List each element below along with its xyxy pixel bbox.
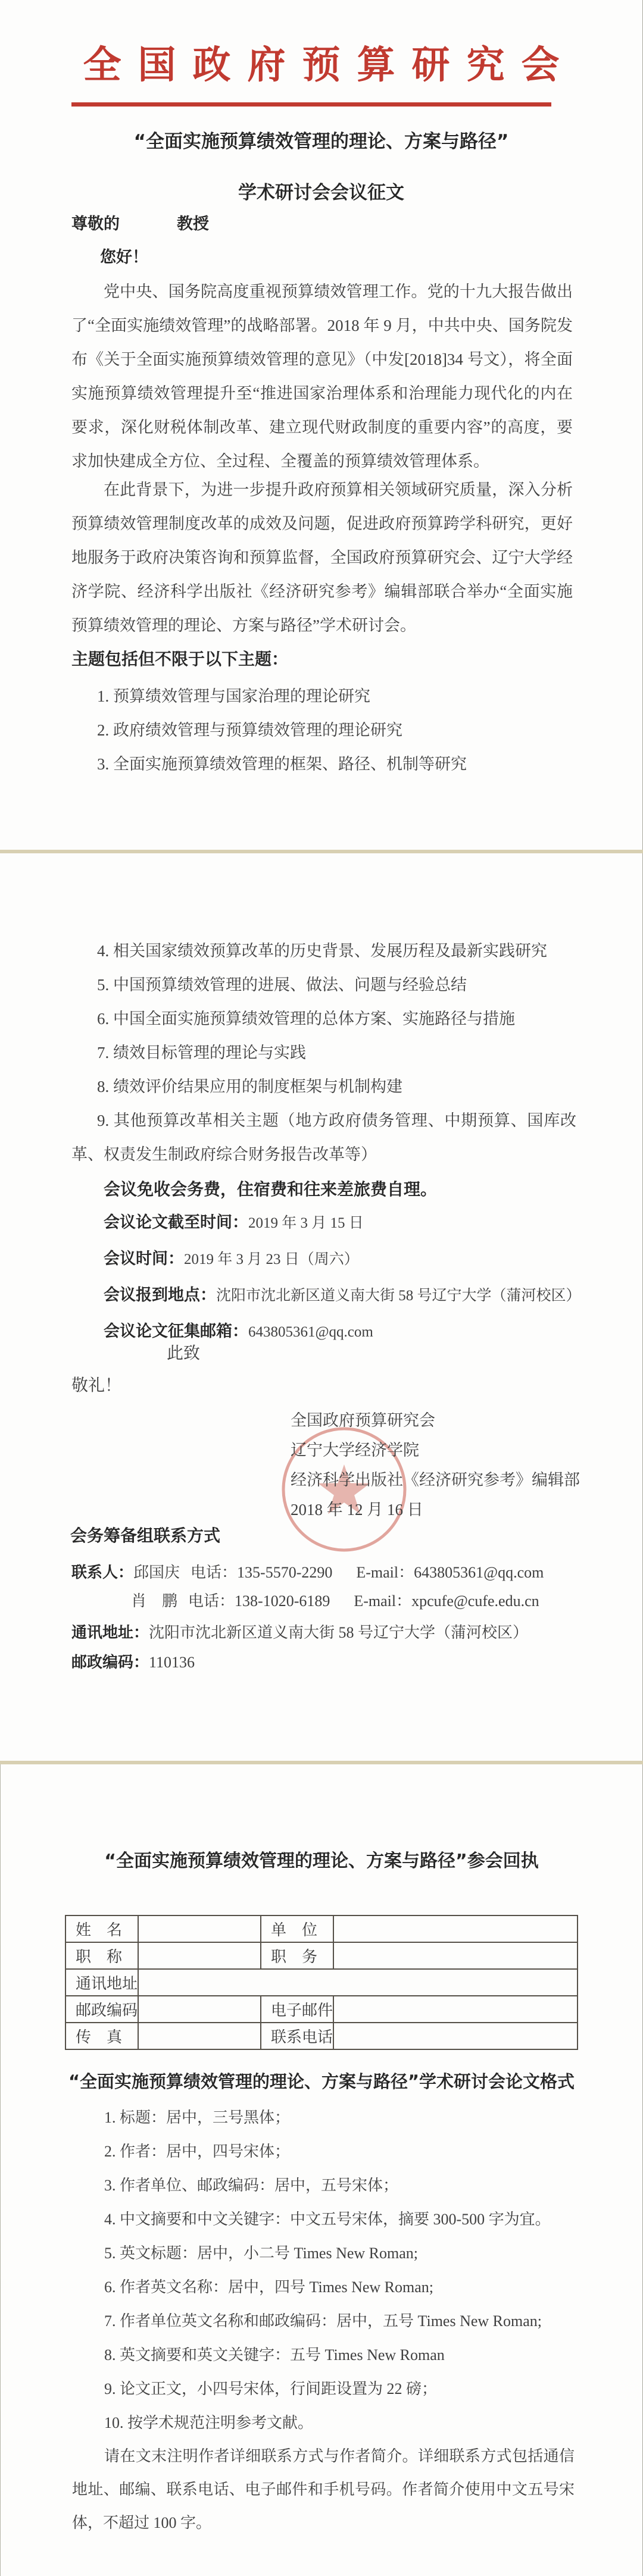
topic-item-1: 1. 预算绩效管理与国家治理的理论研究 [71, 680, 576, 713]
topic-list-2: 4. 相关国家绩效预算改革的历史背景、发展历程及最新实践研究 5. 中国预算绩效… [71, 934, 576, 1172]
format-item-4: 4. 中文摘要和中文关键字：中文五号宋体，摘要 300-500 字为宜。 [72, 2202, 578, 2236]
table-row: 职 称 职 务 [65, 1942, 578, 1969]
signature-org-3: 经济科学出版社《经济研究参考》编辑部 [291, 1465, 580, 1495]
contact1-phone-label: 电话： [191, 1564, 237, 1581]
signature-org-1: 全国政府预算研究会 [291, 1406, 580, 1435]
fax-field-label: 传 真 [65, 2023, 138, 2049]
signature-date: 2018 年 12 月 16 日 [291, 1495, 580, 1525]
topics-heading: 主题包括但不限于以下主题： [71, 646, 288, 672]
email-field-label: 电子邮件 [261, 1996, 333, 2023]
meeting-date-label: 会议时间： [104, 1250, 184, 1268]
signature-org-2: 辽宁大学经济学院 [291, 1435, 580, 1465]
phone-input-cell [333, 2023, 578, 2049]
postcode-label: 邮政编码： [71, 1654, 149, 1672]
topic-item-3: 3. 全面实施预算绩效管理的框架、路径、机制等研究 [71, 747, 576, 781]
reply-form-table: 姓 名 单 位 职 称 职 务 通讯地址 邮政编码 电子邮件 传 真 联系电话 [65, 1915, 578, 2050]
contact1-email: 643805361@qq.com [414, 1564, 544, 1581]
reply-form-page-3: “全面实施预算绩效管理的理论、方案与路径”参会回执 姓 名 单 位 职 称 职 … [0, 1764, 643, 2576]
topic-item-6: 6. 中国全面实施预算绩效管理的总体方案、实施路径与措施 [71, 1002, 576, 1036]
contact1-name: 邱国庆 [133, 1564, 180, 1581]
body-paragraph-2: 在此背景下，为进一步提升政府预算相关领域研究质量，深入分析预算绩效管理制度改革的… [71, 473, 573, 643]
name-input-cell [138, 1915, 261, 1942]
address-field-label: 通讯地址 [65, 1969, 138, 1996]
mailing-address-line: 通讯地址：沈阳市沈北新区道义南大街 58 号辽宁大学（蒲河校区） [71, 1616, 619, 1649]
contact-heading: 会务筹备组联系方式 [70, 1522, 220, 1550]
postcode-value: 110136 [149, 1654, 195, 1671]
greeting-line: 您好！ [100, 248, 148, 268]
paper-format-list: 1. 标题：居中，三号黑体； 2. 作者：居中，四号宋体； 3. 作者单位、邮政… [72, 2101, 578, 2440]
postcode-field-label: 邮政编码 [65, 1996, 138, 2023]
unit-input-cell [333, 1915, 578, 1942]
fax-input-cell [138, 2023, 261, 2049]
contact-person-label: 联系人： [71, 1564, 133, 1582]
contact2-name: 肖 鹏 [131, 1592, 177, 1610]
format-item-10: 10. 按学术规范注明参考文献。 [72, 2406, 578, 2440]
topic-item-2: 2. 政府绩效管理与预算绩效管理的理论研究 [71, 713, 576, 747]
format-item-7: 7. 作者单位英文名称和邮政编码：居中，五号 Times New Roman; [72, 2304, 578, 2338]
email-input-cell [333, 1996, 578, 2023]
meeting-location-label: 会议报到地点： [104, 1286, 216, 1304]
salutation-suffix: 教授 [177, 215, 209, 233]
meeting-location-value: 沈阳市沈北新区道义南大街 58 号辽宁大学（蒲河校区） [216, 1288, 581, 1304]
table-row: 邮政编码 电子邮件 [65, 1996, 578, 2023]
mailing-address-value: 沈阳市沈北新区道义南大街 58 号辽宁大学（蒲河校区） [149, 1624, 528, 1641]
contact1-email-label: E-mail： [356, 1564, 414, 1581]
mailing-address-label: 通讯地址： [71, 1624, 149, 1642]
format-item-2: 2. 作者：居中，四号宋体； [72, 2134, 578, 2168]
closing-jingli: 敬礼！ [71, 1369, 121, 1403]
reply-form-title: “全面实施预算绩效管理的理论、方案与路径”参会回执 [1, 1848, 642, 1875]
closing-cizhi: 此致 [167, 1336, 200, 1370]
organization-title: 全国政府预算研究会 [0, 35, 642, 89]
format-item-9: 9. 论文正文，小四号宋体，行间距设置为 22 磅； [72, 2372, 578, 2406]
topic-item-8: 8. 绩效评价结果应用的制度框架与机制构建 [71, 1070, 576, 1104]
paper-format-title: “全面实施预算绩效管理的理论、方案与路径”学术研讨会论文格式 [1, 2068, 642, 2095]
position-field-label: 职 务 [261, 1942, 333, 1969]
topic-item-9: 9. 其他预算改革相关主题（地方政府债务管理、中期预算、国库改革、权责发生制政府… [71, 1104, 576, 1172]
title-input-cell [138, 1942, 261, 1969]
contact2-phone-label: 电话： [188, 1592, 235, 1610]
contact-line-2: 肖 鹏电话：138-1020-6189E-mail：xpcufe@cufe.ed… [71, 1585, 643, 1618]
contact2-email-label: E-mail： [354, 1592, 411, 1610]
name-field-label: 姓 名 [65, 1915, 138, 1942]
unit-field-label: 单 位 [261, 1915, 333, 1942]
call-for-papers-title: 学术研讨会会议征文 [0, 180, 642, 206]
salutation-prefix: 尊敬的 [71, 215, 120, 233]
phone-field-label: 联系电话 [261, 2023, 333, 2049]
letter-page-2: 4. 相关国家绩效预算改革的历史背景、发展历程及最新实践研究 5. 中国预算绩效… [0, 853, 643, 1761]
postcode-line: 邮政编码：110136 [71, 1646, 619, 1679]
meeting-date-value: 2019 年 3 月 23 日（周六） [184, 1251, 359, 1267]
contact2-phone: 138-1020-6189 [235, 1592, 330, 1610]
format-item-6: 6. 作者英文名称：居中，四号 Times New Roman; [72, 2270, 578, 2304]
format-item-1: 1. 标题：居中，三号黑体； [72, 2101, 578, 2134]
paper-deadline-value: 2019 年 3 月 15 日 [248, 1215, 364, 1231]
letterhead-divider [71, 102, 551, 107]
conference-theme-title: “全面实施预算绩效管理的理论、方案与路径” [0, 129, 642, 155]
meeting-date-line: 会议时间：2019 年 3 月 23 日（周六） [71, 1242, 625, 1278]
format-item-5: 5. 英文标题：居中，小二号 Times New Roman; [72, 2236, 578, 2270]
letter-page-1: 全国政府预算研究会 “全面实施预算绩效管理的理论、方案与路径” 学术研讨会会议征… [0, 0, 643, 850]
topic-list-1: 1. 预算绩效管理与国家治理的理论研究 2. 政府绩效管理与预算绩效管理的理论研… [71, 680, 576, 781]
title-field-label: 职 称 [65, 1942, 138, 1969]
table-row: 传 真 联系电话 [65, 2023, 578, 2049]
postcode-input-cell [138, 1996, 261, 2023]
signature-block: 全国政府预算研究会 辽宁大学经济学院 经济科学出版社《经济研究参考》编辑部 20… [291, 1406, 580, 1525]
submission-email-line: 会议论文征集邮箱：643805361@qq.com [71, 1314, 625, 1351]
topic-item-5: 5. 中国预算绩效管理的进展、做法、问题与经验总结 [71, 968, 576, 1002]
format-item-8: 8. 英文摘要和英文关键字：五号 Times New Roman [72, 2338, 578, 2372]
meeting-info-block: 会议论文截至时间：2019 年 3 月 15 日 会议时间：2019 年 3 月… [71, 1206, 625, 1351]
submission-email-value: 643805361@qq.com [248, 1324, 373, 1340]
body-paragraph-1: 党中央、国务院高度重视预算绩效管理工作。党的十九大报告做出了“全面实施绩效管理”… [71, 275, 573, 478]
position-input-cell [333, 1942, 578, 1969]
contact2-email: xpcufe@cufe.edu.cn [411, 1592, 539, 1610]
paper-deadline-label: 会议论文截至时间： [104, 1213, 248, 1232]
meeting-location-line: 会议报到地点：沈阳市沈北新区道义南大街 58 号辽宁大学（蒲河校区） [71, 1278, 625, 1314]
contact1-phone: 135-5570-2290 [237, 1564, 332, 1581]
topic-item-7: 7. 绩效目标管理的理论与实践 [71, 1036, 576, 1070]
fee-note: 会议免收会务费，住宿费和往来差旅费自理。 [71, 1172, 576, 1206]
table-row: 姓 名 单 位 [65, 1915, 578, 1942]
address-input-cell [138, 1969, 578, 1996]
format-item-3: 3. 作者单位、邮政编码：居中，五号宋体； [72, 2168, 578, 2202]
paper-deadline-line: 会议论文截至时间：2019 年 3 月 15 日 [71, 1206, 625, 1242]
salutation-line: 尊敬的教授 [71, 214, 209, 234]
topic-item-4: 4. 相关国家绩效预算改革的历史背景、发展历程及最新实践研究 [71, 934, 576, 968]
table-row: 通讯地址 [65, 1969, 578, 1996]
author-info-note: 请在文末注明作者详细联系方式与作者简介。详细联系方式包括通信地址、邮编、联系电话… [72, 2440, 575, 2540]
